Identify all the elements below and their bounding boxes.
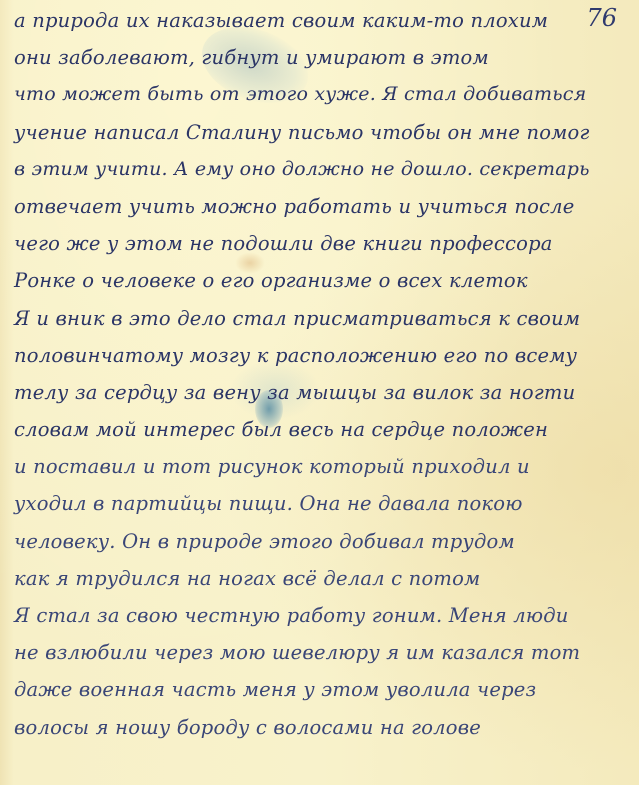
text-line: учение написал Сталину письмо чтобы он м… <box>14 114 599 151</box>
text-line: не взлюбили через мою шевелюру я им каза… <box>14 634 599 671</box>
text-line: Я стал за свою честную работу гоним. Мен… <box>14 597 599 634</box>
text-line: уходил в партийцы пищи. Она не давала по… <box>14 485 599 522</box>
text-line: чего же у этом не подошли две книги проф… <box>14 225 599 262</box>
text-line: в этим учити. А ему оно должно не дошло.… <box>14 151 599 188</box>
text-line: они заболевают, гибнут и умирают в этом <box>14 39 599 76</box>
text-line: Я и вник в это дело стал присматриваться… <box>14 300 599 337</box>
text-line: человеку. Он в природе этого добивал тру… <box>14 523 599 560</box>
text-line: отвечает учить можно работать и учиться … <box>14 188 599 225</box>
text-line: половинчатому мозгу к расположению его п… <box>14 337 599 374</box>
text-line: а природа их наказывает своим каким-то п… <box>14 2 599 39</box>
text-line: даже военная часть меня у этом уволила ч… <box>14 671 599 708</box>
text-line: и поставил и тот рисунок который приходи… <box>14 448 599 485</box>
text-line: волосы я ношу бороду с волосами на голов… <box>14 709 599 746</box>
notebook-page: 76 а природа их наказывает своим каким-т… <box>0 0 639 785</box>
handwritten-text: а природа их наказывает своим каким-то п… <box>14 2 599 746</box>
text-line: телу за сердцу за вену за мышцы за вилок… <box>14 374 599 411</box>
text-line: что может быть от этого хуже. Я стал доб… <box>14 76 599 113</box>
text-line: как я трудился на ногах всё делал с пото… <box>14 560 599 597</box>
text-line: словам мой интерес был весь на сердце по… <box>14 411 599 448</box>
text-line: Ронке о человеке о его организме о всех … <box>14 262 599 299</box>
